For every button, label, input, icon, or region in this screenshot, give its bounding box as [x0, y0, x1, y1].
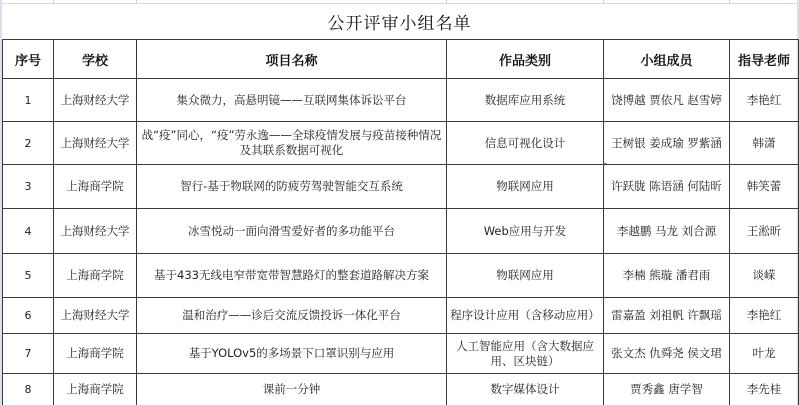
cell-advisor[interactable]: 李先桂	[730, 374, 799, 405]
cell-members[interactable]: 李越鹏 马龙 刘合源	[604, 209, 730, 254]
column-divider	[729, 0, 730, 3]
cell-school[interactable]: 上海商学院	[54, 334, 137, 374]
table-row: 8 上海商学院 课前一分钟 数字媒体设计 贾秀鑫 唐学智 李先桂	[3, 374, 799, 405]
cell-members[interactable]: 许跃胧 陈语涵 何陆昕	[604, 165, 730, 209]
cell-project[interactable]: 智行-基于物联网的防疲劳驾驶智能交互系统	[137, 165, 447, 209]
cell-no[interactable]: 1	[3, 79, 54, 122]
cell-members[interactable]: 李楠 熊璇 潘君雨	[604, 254, 730, 298]
cell-school[interactable]: 上海财经大学	[54, 79, 137, 122]
cell-no[interactable]: 5	[3, 254, 54, 298]
cell-category[interactable]: 数据库应用系统	[447, 79, 604, 122]
cell-project[interactable]: 温和治疗——诊后交流反馈投诉一体化平台	[137, 298, 447, 334]
table-row: 6 上海财经大学 温和治疗——诊后交流反馈投诉一体化平台 程序设计应用（含移动应…	[3, 298, 799, 334]
roster-table: 序号 学校 项目名称 作品类别 小组成员 指导老师 1 上海财经大学 集众微力，…	[2, 39, 799, 405]
header-no[interactable]: 序号	[3, 40, 54, 79]
column-divider	[603, 0, 604, 3]
header-school[interactable]: 学校	[54, 40, 137, 79]
cell-category[interactable]: 物联网应用	[447, 165, 604, 209]
cell-school[interactable]: 上海商学院	[54, 374, 137, 405]
cell-no[interactable]: 3	[3, 165, 54, 209]
header-row: 序号 学校 项目名称 作品类别 小组成员 指导老师	[3, 40, 799, 79]
cell-category[interactable]: 物联网应用	[447, 254, 604, 298]
cell-advisor[interactable]: 李艳红	[730, 298, 799, 334]
cell-no[interactable]: 2	[3, 122, 54, 165]
column-divider	[446, 0, 447, 3]
cell-school[interactable]: 上海财经大学	[54, 209, 137, 254]
header-advisor[interactable]: 指导老师	[730, 40, 799, 79]
cell-members[interactable]: 王树银 姜成瑜 罗紫涵	[604, 122, 730, 165]
cell-category[interactable]: 信息可视化设计	[447, 122, 604, 165]
cell-school[interactable]: 上海商学院	[54, 165, 137, 209]
cell-category[interactable]: Web应用与开发	[447, 209, 604, 254]
cell-advisor[interactable]: 韩笑蕾	[730, 165, 799, 209]
cell-no[interactable]: 7	[3, 334, 54, 374]
cell-no[interactable]: 4	[3, 209, 54, 254]
column-divider	[136, 0, 137, 3]
cell-members[interactable]: 雷嘉盈 刘祖帆 许飘瑶	[604, 298, 730, 334]
cell-project[interactable]: 基于YOLOv5的多场景下口罩识别与应用	[137, 334, 447, 374]
cell-members[interactable]: 饶博越 贾依凡 赵雪婷	[604, 79, 730, 122]
cell-members[interactable]: 贾秀鑫 唐学智	[604, 374, 730, 405]
cell-members[interactable]: 张文杰 仇舜尧 侯文珺	[604, 334, 730, 374]
header-members[interactable]: 小组成员	[604, 40, 730, 79]
table-row: 1 上海财经大学 集众微力，高悬明镜——互联网集体诉讼平台 数据库应用系统 饶博…	[3, 79, 799, 122]
spreadsheet-view: 公开评审小组名单 序号 学校 项目名称 作品类别 小组成员 指导老师 1 上海财…	[0, 0, 799, 405]
table-row: 4 上海财经大学 冰雪悦动一面向滑雪爱好者的多功能平台 Web应用与开发 李越鹏…	[3, 209, 799, 254]
cell-advisor[interactable]: 李艳红	[730, 79, 799, 122]
cell-school[interactable]: 上海商学院	[54, 254, 137, 298]
cell-advisor[interactable]: 韩潇	[730, 122, 799, 165]
cell-school[interactable]: 上海财经大学	[54, 298, 137, 334]
cell-category[interactable]: 数字媒体设计	[447, 374, 604, 405]
sheet-title[interactable]: 公开评审小组名单	[2, 4, 797, 39]
cell-advisor[interactable]: 谈嵘	[730, 254, 799, 298]
cell-school[interactable]: 上海财经大学	[54, 122, 137, 165]
cell-no[interactable]: 8	[3, 374, 54, 405]
cell-project[interactable]: 战“疫”同心，“疫”劳永逸——全球疫情发展与疫苗接种情况及其联系数据可视化	[137, 122, 447, 165]
cell-advisor[interactable]: 叶龙	[730, 334, 799, 374]
cell-advisor[interactable]: 王淞昕	[730, 209, 799, 254]
cell-no[interactable]: 6	[3, 298, 54, 334]
cell-project[interactable]: 基于433无线电窄带宽带智慧路灯的整套道路解决方案	[137, 254, 447, 298]
header-project[interactable]: 项目名称	[137, 40, 447, 79]
table-row: 2 上海财经大学 战“疫”同心，“疫”劳永逸——全球疫情发展与疫苗接种情况及其联…	[3, 122, 799, 165]
table-row: 5 上海商学院 基于433无线电窄带宽带智慧路灯的整套道路解决方案 物联网应用 …	[3, 254, 799, 298]
cell-comment-marker-icon	[603, 163, 607, 167]
cell-project[interactable]: 课前一分钟	[137, 374, 447, 405]
cell-category[interactable]: 程序设计应用（含移动应用）	[447, 298, 604, 334]
table-row: 3 上海商学院 智行-基于物联网的防疲劳驾驶智能交互系统 物联网应用 许跃胧 陈…	[3, 165, 799, 209]
header-category[interactable]: 作品类别	[447, 40, 604, 79]
cell-category[interactable]: 人工智能应用（含大数据应用、区块链）	[447, 334, 604, 374]
cell-project[interactable]: 冰雪悦动一面向滑雪爱好者的多功能平台	[137, 209, 447, 254]
table-row: 7 上海商学院 基于YOLOv5的多场景下口罩识别与应用 人工智能应用（含大数据…	[3, 334, 799, 374]
column-divider	[53, 0, 54, 3]
cell-project[interactable]: 集众微力，高悬明镜——互联网集体诉讼平台	[137, 79, 447, 122]
